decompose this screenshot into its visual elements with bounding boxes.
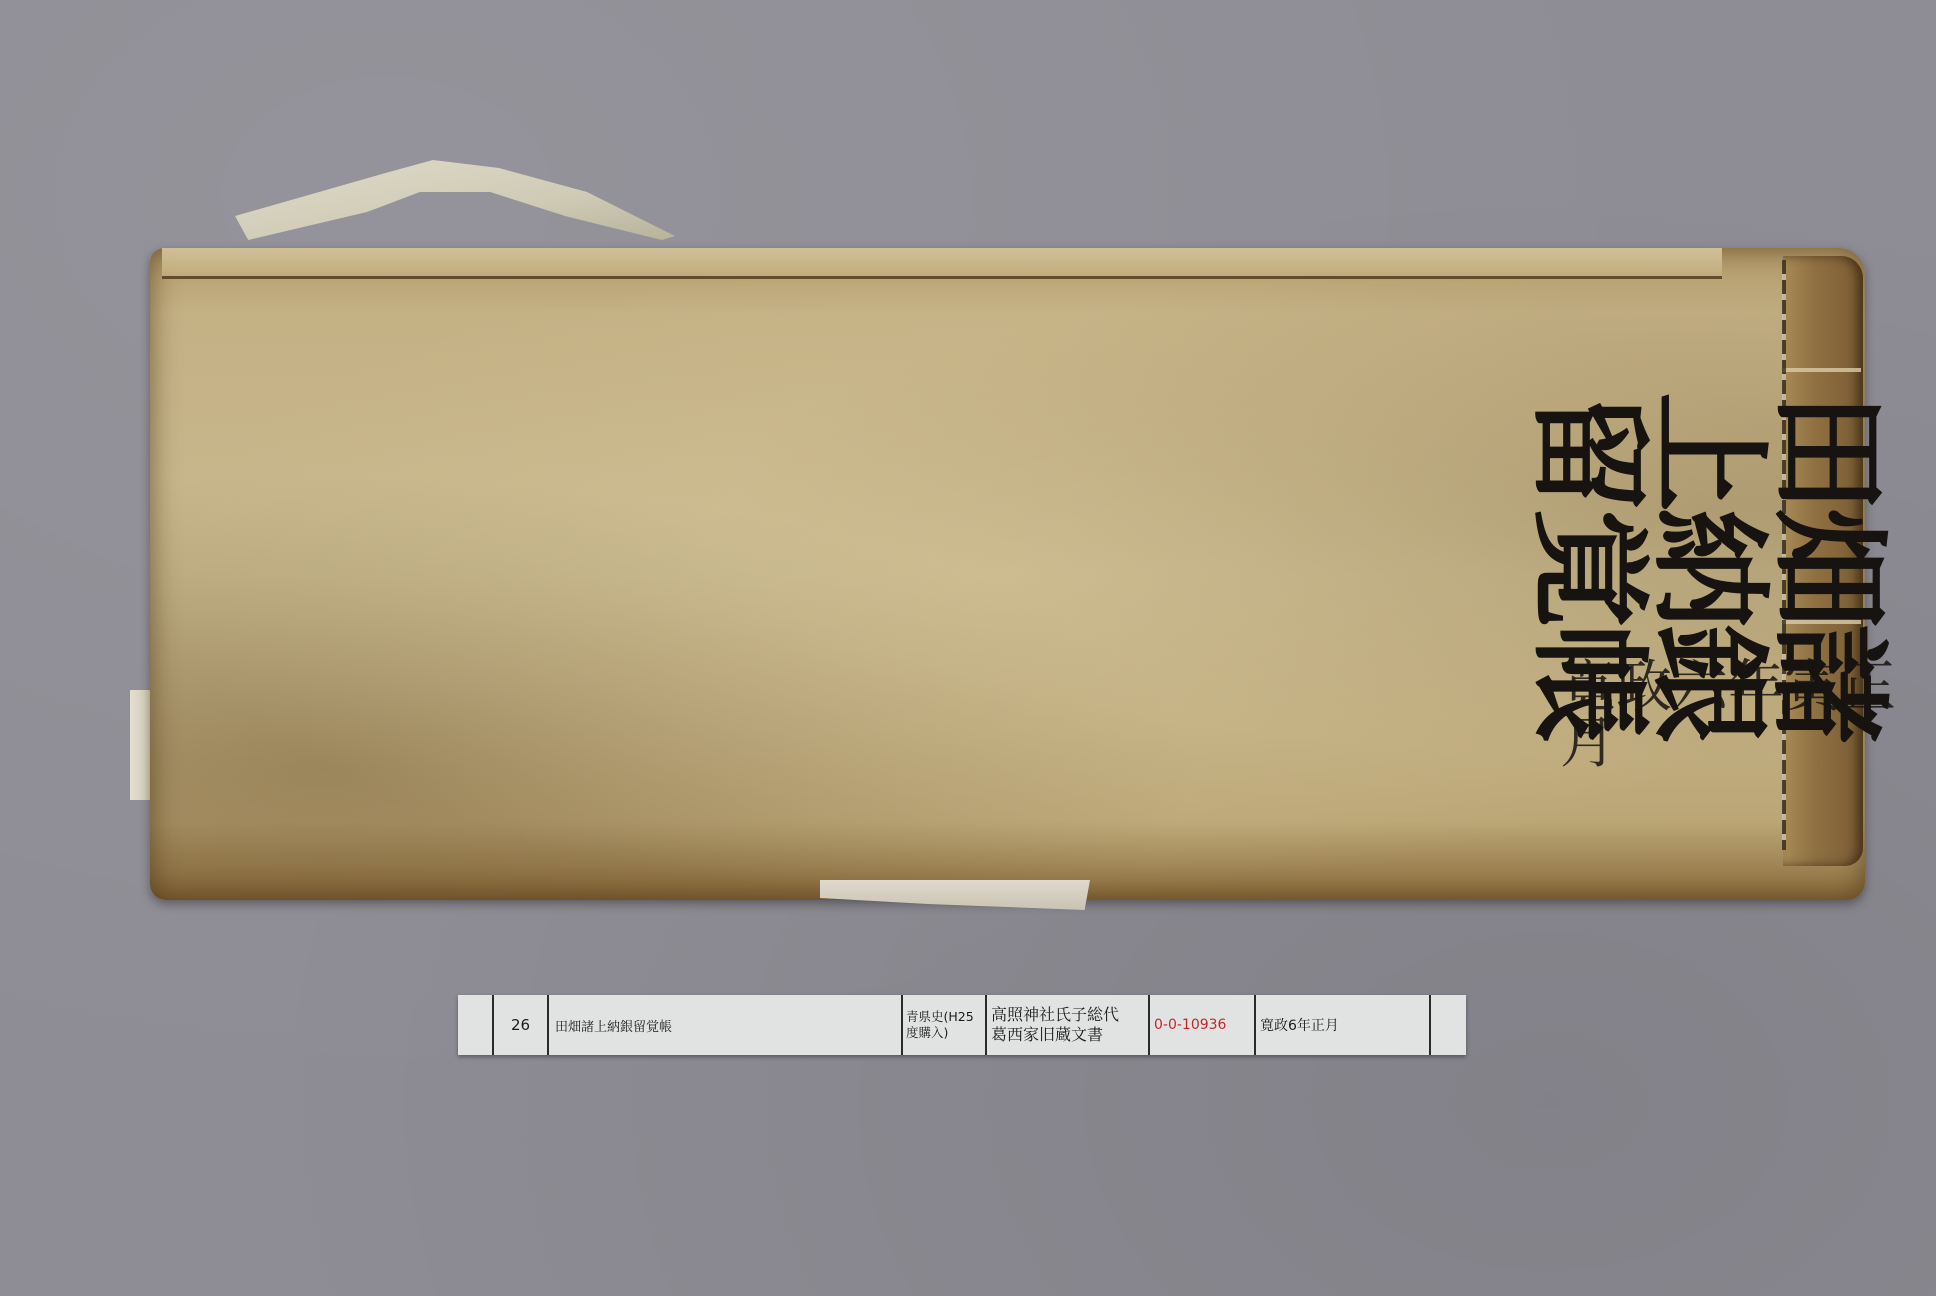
catalog-label: 26 田畑諸上納銀留覚帳 青県史(H25 度購入) 高照神社氏子総代 葛西家旧蔵… xyxy=(458,995,1466,1055)
label-title: 田畑諸上納銀留覚帳 xyxy=(549,995,903,1055)
spine-binding-band xyxy=(1783,368,1861,372)
inserted-paper-slip xyxy=(235,160,675,240)
protruding-paper-slip xyxy=(820,880,1090,910)
label-blank-cell xyxy=(458,995,494,1055)
label-source: 青県史(H25 度購入) xyxy=(903,995,987,1055)
label-date: 寛政6年正月 xyxy=(1256,995,1431,1055)
label-number: 26 xyxy=(494,995,549,1055)
cover-title-calligraphy: 田畑諸上納銀留覚帳 xyxy=(1528,392,1888,848)
label-collection: 高照神社氏子総代 葛西家旧蔵文書 xyxy=(987,995,1150,1055)
document-photograph: 田畑諸上納銀留覚帳 寛政六年寅正月 26 田畑諸上納銀留覚帳 青県史(H25 度… xyxy=(0,0,1936,1296)
label-blank-cell xyxy=(1431,995,1466,1055)
label-catalog-id: 0-0-10936 xyxy=(1150,995,1256,1055)
ledger-top-edge xyxy=(162,248,1722,279)
cover-date-calligraphy: 寛政六年寅正月 xyxy=(1560,660,1936,772)
